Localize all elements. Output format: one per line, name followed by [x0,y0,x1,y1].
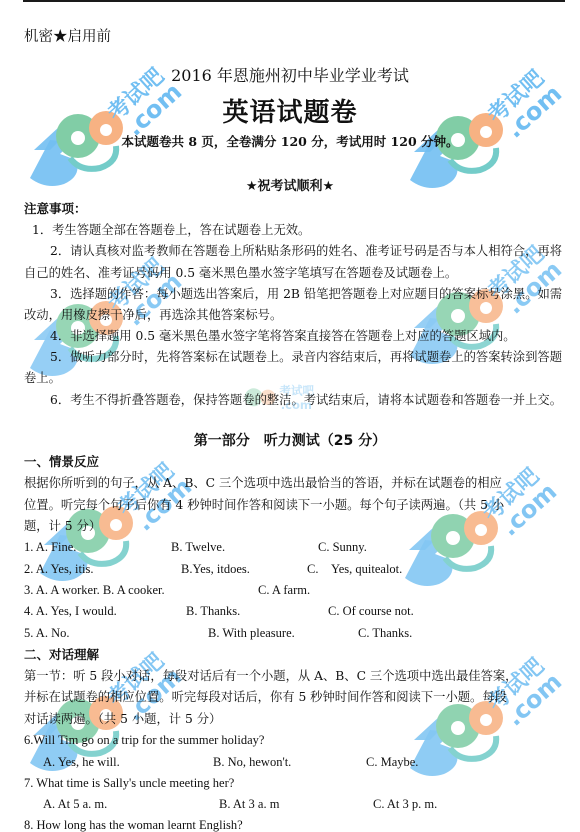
section-2-title: 二、对话理解 [24,649,99,662]
question-2-option-b: B.Yes, itdoes. [181,563,250,576]
question-8-stem: 8. How long has the woman learnt English… [24,819,243,832]
question-4-option-a: 4. A. Yes, I would. [24,605,117,618]
question-6-option-b: B. No, hewon't. [213,756,291,769]
question-5-option-a: 5. A. No. [24,627,70,640]
section-1-title: 一、情景反应 [24,456,99,469]
notice-line: 5．做听力部分时，先将答案标在试题卷上。录音内容结束后，再将试题卷上的答案转涂到… [50,351,562,363]
watermark-logo [395,450,535,590]
question-5-option-b: B. With pleasure. [208,627,295,640]
section-1-instructions: 题，计 5 分） [24,520,101,532]
notice-line: 2．请认真核对监考教师在答题卷上所粘贴条形码的姓名、准考证号码是否与本人相符合，… [50,245,562,257]
question-2-option-c: C. Yes, quitealot. [307,563,402,576]
question-3-option-c: C. A farm. [258,584,310,597]
notice-line: 改动，用橡皮擦干净后，再选涂其他答案标号。 [24,309,282,321]
question-4-option-c: C. Of course not. [328,605,414,618]
section-2-instructions: 对话读两遍。（共 5 小题，计 5 分） [24,713,221,725]
question-7-option-b: B. At 3 a. m [219,798,279,811]
question-7-option-a: A. At 5 a. m. [43,798,107,811]
paper-info: 本试题卷共 8 页，全卷满分 120 分，考试用时 120 分钟。 [0,136,580,149]
question-4-option-b: B. Thanks. [186,605,240,618]
notice-line: 自己的姓名、准考证号码用 0.5 毫米黑色墨水签字笔填写在答题卷及试题卷上。 [24,267,457,279]
question-1-option-a: 1. A. Fine. [24,541,76,554]
section-2-instructions: 并标在试题卷的相应位置。听完每段对话后，你有 5 秒钟时间作答和阅读下一小题。每… [24,691,507,703]
notice-title: 注意事项： [24,203,87,216]
top-rule [23,0,565,2]
question-1-option-b: B. Twelve. [171,541,225,554]
good-luck-banner: ★祝考试顺利★ [0,180,580,193]
section-1-instructions: 根据你所听到的句子，从 A、B、C 三个选项中选出最恰当的答语，并标在试题卷的相… [24,477,502,489]
notice-line: 3．选择题的作答：每小题选出答案后，用 2B 铅笔把答题卷上对应题目的答案标号涂… [50,288,562,300]
notice-line: 1．考生答题全部在答题卷上，答在试题卷上无效。 [32,224,310,236]
exam-page: 考试吧 .com 考试吧 .com 机密★启用前 2016 年恩施州初中毕业学业… [0,0,580,832]
section-1-instructions: 位置。听完每个句子后你有 4 秒钟时间作答和阅读下一小题。每个句子读两遍。（共 … [24,499,504,511]
section-2-instructions: 第一节：听 5 段小对话，每段对话后有一个小题，从 A、B、C 三个选项中选出最… [24,670,517,682]
question-6-option-c: C. Maybe. [366,756,418,769]
notice-line: 6．考生不得折叠答题卷，保持答题卷的整洁。考试结束后，请将本试题卷和答题卷一并上… [50,394,562,406]
paper-title: 英语试题卷 [0,100,580,126]
part-1-title: 第一部分 听力测试（25 分） [0,434,580,448]
question-1-option-c: C. Sunny. [318,541,367,554]
notice-line: 卷上。 [24,372,61,384]
confidential-label: 机密★启用前 [24,30,111,45]
question-5-option-c: C. Thanks. [358,627,412,640]
question-6-option-a: A. Yes, he will. [43,756,120,769]
question-7-stem: 7. What time is Sally's uncle meeting he… [24,777,234,790]
exam-title: 2016 年恩施州初中毕业学业考试 [0,68,580,84]
question-2-option-a: 2. A. Yes, itis. [24,563,93,576]
watermark-logo [400,640,540,780]
question-6-stem: 6.Will Tim go on a trip for the summer h… [24,734,264,747]
question-3-option-ab: 3. A. A worker. B. A cooker. [24,584,165,597]
question-7-option-c: C. At 3 p. m. [373,798,437,811]
notice-line: 4．非选择题用 0.5 毫米黑色墨水签字笔将答案直接答在答题卷上对应的答题区域内… [50,330,516,342]
